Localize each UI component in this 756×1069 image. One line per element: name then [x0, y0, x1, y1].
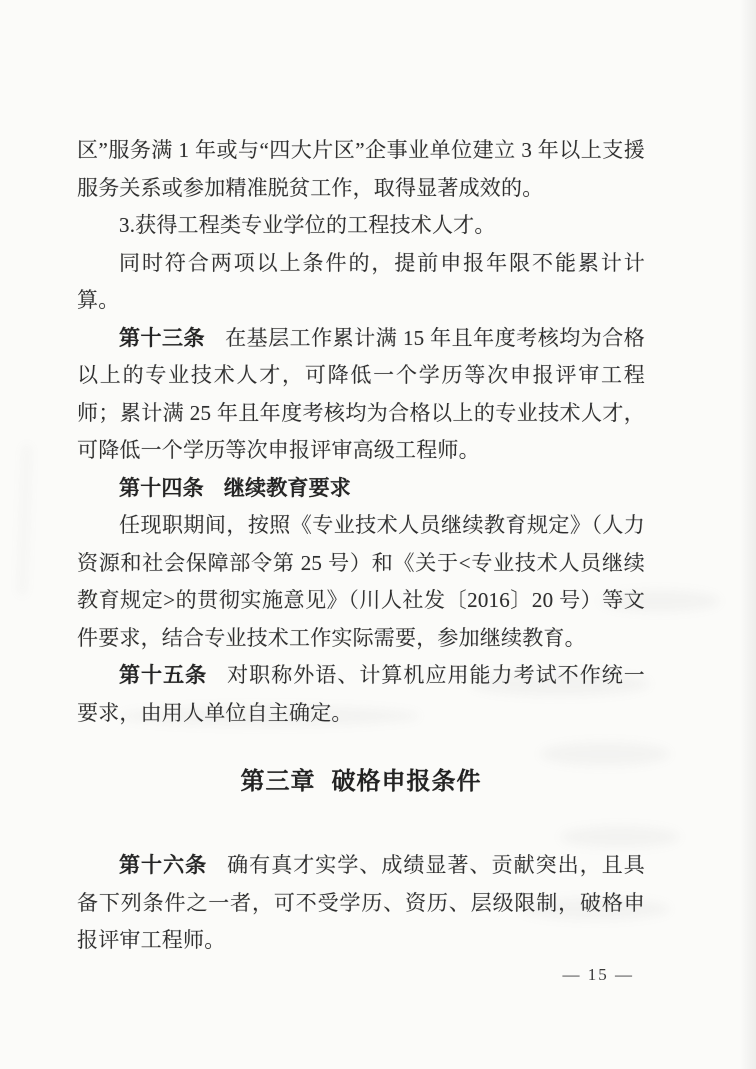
article-13-label: 第十三条 [119, 327, 205, 350]
article-16-paragraph: 第十六条确有真才实学、成绩显著、贡献突出，且具备下列条件之一者，可不受学历、资历… [77, 847, 645, 960]
article-14-title: 继续教育要求 [224, 477, 351, 500]
article-14-label: 第十四条 [119, 477, 204, 500]
chapter-3-heading: 第三章破格申报条件 [77, 762, 645, 802]
article-14-heading: 第十四条继续教育要求 [77, 470, 645, 508]
scan-edge-shade [740, 0, 756, 1069]
article-14-paragraph: 任现职期间，按照《专业技术人员继续教育规定》（人力资源和社会保障部令第 25 号… [77, 507, 645, 657]
article-13-paragraph: 第十三条在基层工作累计满 15 年且年度考核均为合格以上的专业技术人才，可降低一… [77, 320, 645, 470]
page-number: — 15 — [563, 965, 635, 985]
chapter-3-title: 破格申报条件 [332, 768, 482, 795]
paragraph-list-item-3: 3.获得工程类专业学位的工程技术人才。 [77, 207, 645, 245]
paragraph-continuation: 区”服务满 1 年或与“四大片区”企事业单位建立 3 年以上支援服务关系或参加精… [77, 132, 645, 207]
article-15-label: 第十五条 [119, 664, 207, 687]
article-16-label: 第十六条 [119, 854, 207, 877]
document-body: 区”服务满 1 年或与“四大片区”企事业单位建立 3 年以上支援服务关系或参加精… [77, 132, 645, 960]
document-page: 区”服务满 1 年或与“四大片区”企事业单位建立 3 年以上支援服务关系或参加精… [0, 0, 756, 1069]
chapter-3-label: 第三章 [241, 768, 316, 795]
scan-smudge [18, 445, 30, 595]
paragraph-note: 同时符合两项以上条件的，提前申报年限不能累计计算。 [77, 245, 645, 320]
article-15-paragraph: 第十五条对职称外语、计算机应用能力考试不作统一要求，由用人单位自主确定。 [77, 657, 645, 732]
